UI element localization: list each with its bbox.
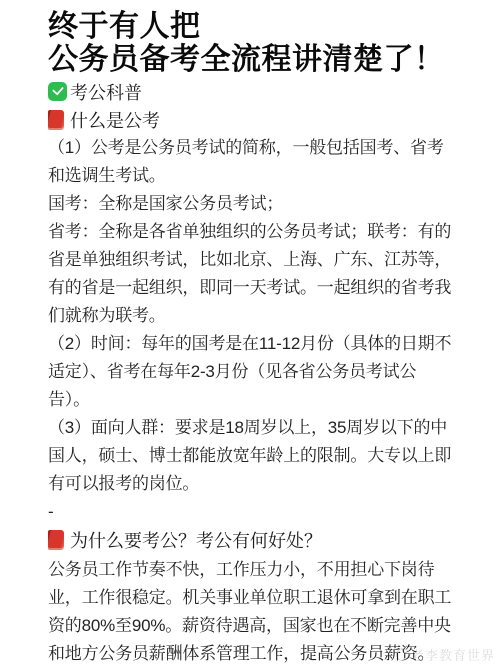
paragraph: 国考：全称是国家公务员考试；	[48, 190, 452, 218]
post-title-line-1: 终于有人把	[48, 10, 201, 43]
section2-body: 公务员工作节奏不快，工作压力小，不用担心下岗待业，工作很稳定。机关事业单位职工退…	[48, 556, 452, 668]
paragraph: （2）时间：每年的国考是在11-12月份（具体的日期不适定）、省考在每年2-3月…	[48, 330, 452, 414]
post-page: 终于有人把 公务员备考全流程讲清楚了！ 考公科普 什么是公考 （1）公考是公务员…	[0, 0, 500, 668]
post-title: 终于有人把 公务员备考全流程讲清楚了！	[48, 10, 452, 76]
watermark-logo-icon	[396, 648, 409, 661]
watermark: 老李教育世界	[396, 645, 495, 664]
section2-heading: 为什么要考公？考公有何好处？	[48, 526, 452, 554]
section1-heading-label: 什么是公考	[70, 107, 160, 133]
section1-body: （1）公考是公务员考试的简称，一般包括国考、省考和选调生考试。 国考：全称是国家…	[48, 134, 452, 526]
paragraph: （3）面向人群：要求是18周岁以上，35周岁以下的中国人，硕士、博士都能放宽年龄…	[48, 414, 452, 498]
green-check-icon	[48, 82, 67, 101]
paragraph-divider-dash: -	[48, 498, 452, 526]
section1-heading: 什么是公考	[48, 107, 452, 132]
topic-tag-label: 考公科普	[70, 79, 142, 105]
section2-heading-label: 为什么要考公？考公有何好处？	[70, 527, 322, 553]
paragraph: 省考：全称是各省单独组织的公务员考试；联考：有的省是单独组织考试，比如北京、上海…	[48, 218, 452, 330]
red-book-icon	[48, 530, 64, 550]
post-title-line-2: 公务员备考全流程讲清楚了！	[48, 43, 445, 76]
paragraph: 公务员工作节奏不快，工作压力小，不用担心下岗待业，工作很稳定。机关事业单位职工退…	[48, 556, 452, 668]
red-book-icon	[48, 110, 64, 130]
watermark-text: 老李教育世界	[411, 645, 495, 664]
topic-tag: 考公科普	[48, 80, 452, 103]
paragraph: （1）公考是公务员考试的简称，一般包括国考、省考和选调生考试。	[48, 134, 452, 190]
